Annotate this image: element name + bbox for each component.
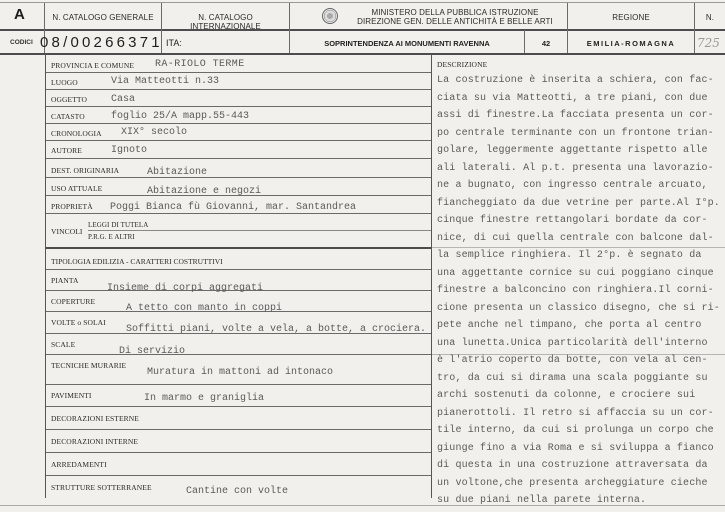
volte-solai-value: Soffitti piani, volte a vela, a botte, a…: [126, 324, 426, 335]
descrizione-line: nice, di cui quella centrale con balcone…: [437, 233, 714, 244]
tecniche-murarie-label: TECNICHE MURARIE: [51, 361, 126, 370]
uso-attuale-label: USO ATTUALE: [51, 184, 102, 193]
descrizione-line: tile interno, da cui si prolunga un corp…: [437, 425, 714, 436]
form-center-divider: [431, 54, 432, 498]
form-row-rule: [46, 72, 431, 73]
form-row-rule: [46, 89, 431, 90]
descrizione-line: giunge fino a via Roma e si sviluppa a f…: [437, 443, 714, 454]
oggetto-value: Casa: [111, 94, 135, 105]
descrizione-line: pete anche nel timpano, che porta al cen…: [437, 320, 702, 331]
proprieta-value: Poggi Bianca fù Giovanni, mar. Santandre…: [110, 202, 356, 213]
strutture-sotterranee-value: Cantine con volte: [186, 486, 288, 497]
catalogo-internazionale-header: N. CATALOGO INTERNAZIONALE: [162, 13, 289, 31]
pavimenti-value: In marmo e graniglia: [144, 393, 264, 404]
form-row-rule: [46, 269, 431, 270]
coperture-value: A tetto con manto in coppi: [126, 303, 282, 314]
codici-label: CODICI: [10, 39, 33, 46]
n-header: N.: [695, 13, 725, 22]
catasto-label: CATASTO: [51, 112, 85, 121]
descrizione-line: cinque finestre rettangolari bordate da …: [437, 215, 708, 226]
descrizione-line: assi di finestre.La facciata presenta un…: [437, 110, 714, 121]
descrizione-line: una lunetta.Unica particolarità dell'int…: [437, 338, 708, 349]
descrizione-line: su due piani nella parete interna.: [437, 495, 646, 506]
proprieta-label: PROPRIETÀ: [51, 202, 93, 211]
header-bottom-rule: [0, 53, 725, 55]
descrizione-line: finestre a balconcino con ringhiera.Il c…: [437, 285, 714, 296]
vincoli-label: VINCOLI: [51, 227, 83, 236]
descrizione-line: è l'atrio coperto da botte, con vela al …: [437, 355, 708, 366]
dest-originaria-label: DEST. ORIGINARIA: [51, 166, 119, 175]
form-row-rule: [46, 177, 431, 178]
luogo-value: Via Matteotti n.33: [111, 76, 219, 87]
form-row-rule: [46, 354, 431, 355]
catalogo-generale-header: N. CATALOGO GENERALE: [45, 13, 161, 22]
descrizione-line: La costruzione è inserita a schiera, con…: [437, 75, 714, 86]
form-row-rule: [46, 158, 431, 159]
descrizione-label: DESCRIZIONE: [437, 60, 487, 69]
form-row-rule-ext: [432, 247, 725, 248]
arredamenti-label: ARREDAMENTI: [51, 460, 107, 469]
header-divider-6: [694, 3, 695, 53]
descrizione-line: po centrale terminante con un frontone t…: [437, 128, 714, 139]
strutture-sotterranee-label: STRUTTURE SOTTERRANEE: [51, 483, 152, 492]
form-row-rule: [46, 106, 431, 107]
descrizione-line: ciata su via Matteotti, a tre piani, con…: [437, 93, 708, 104]
descrizione-line: cione presenta un classico disegno, che …: [437, 303, 720, 314]
catalogo-generale-number: 08/00266371: [40, 34, 163, 51]
handwritten-number: 725: [697, 36, 720, 50]
soprintendenza-name: SOPRINTENDENZA AI MONUMENTI RAVENNA: [290, 39, 524, 48]
decorazioni-interne-label: DECORAZIONI INTERNE: [51, 437, 138, 446]
autore-value: Ignoto: [111, 145, 147, 156]
descrizione-line: fiancheggiato da due vetrine per parte.A…: [437, 198, 720, 209]
descrizione-line: pianerottoli. Il retro si affaccia su un…: [437, 408, 714, 419]
descrizione-line: la semplice ringhiera. Il 2°p. è segnato…: [437, 250, 702, 261]
coperture-label: COPERTURE: [51, 297, 95, 306]
descrizione-line: una aggettante cornice su cui poggiano c…: [437, 268, 714, 279]
regione-header: REGIONE: [568, 13, 694, 22]
volte-solai-label: VOLTE o SOLAI: [51, 318, 106, 327]
form-left-border: [45, 54, 46, 498]
descrizione-line: ali laterali. Al p.t. presenta una lavor…: [437, 163, 714, 174]
form-row-rule: [46, 406, 431, 407]
header-top-rule: [0, 2, 725, 3]
catalogo-internazionale-value: ITA:: [166, 38, 182, 48]
form-row-rule: [46, 452, 431, 453]
scale-value: Di servizio: [119, 346, 185, 357]
catasto-value: foglio 25/A mapp.55-443: [111, 111, 249, 122]
vincoli-prg-altri: P.R.G. E ALTRI: [88, 233, 135, 241]
uso-attuale-value: Abitazione e negozi: [147, 186, 261, 197]
luogo-label: LUOGO: [51, 78, 78, 87]
dest-originaria-value: Abitazione: [147, 167, 207, 178]
ministry-line-1: MINISTERO DELLA PUBBLICA ISTRUZIONE: [345, 8, 565, 17]
pianta-label: PIANTA: [51, 276, 79, 285]
form-row-rule: [46, 384, 431, 385]
descrizione-line: golare, leggermente aggettante rispetto …: [437, 145, 708, 156]
form-row-rule: [46, 429, 431, 430]
form-row-rule: [46, 123, 431, 124]
vincoli-sub-rule: [88, 230, 431, 231]
pianta-value: Insieme di corpi aggregati: [107, 283, 263, 294]
soprintendenza-code: 42: [525, 39, 567, 48]
tecniche-murarie-value: Muratura in mattoni ad intonaco: [147, 367, 333, 378]
form-row-rule: [46, 213, 431, 214]
descrizione-line: ne a bugnato, con ingresso centrale arcu…: [437, 180, 708, 191]
scale-label: SCALE: [51, 340, 75, 349]
tipologia-section-title: TIPOLOGIA EDILIZIA - CARATTERI COSTRUTTI…: [51, 257, 223, 266]
descrizione-line: archi sostenuti da colonne, e crociere s…: [437, 390, 695, 401]
header-mid-rule: [0, 29, 725, 31]
italian-republic-emblem-icon: [322, 8, 338, 24]
section-letter: A: [14, 6, 25, 23]
oggetto-label: OGGETTO: [51, 95, 87, 104]
provincia-comune-value: RA-RIOLO TERME: [155, 59, 245, 70]
cronologia-label: CRONOLOGIA: [51, 129, 102, 138]
ministry-line-2: DIREZIONE GEN. DELLE ANTICHITÀ E BELLE A…: [345, 17, 565, 26]
cronologia-value: XIX° secolo: [121, 127, 187, 138]
decorazioni-esterne-label: DECORAZIONI ESTERNE: [51, 414, 139, 423]
form-row-rule: [46, 475, 431, 476]
pavimenti-label: PAVIMENTI: [51, 391, 92, 400]
autore-label: AUTORE: [51, 146, 82, 155]
form-row-rule: [46, 140, 431, 141]
form-row-rule: [46, 247, 431, 249]
descrizione-line: tro, da cui si dirama una scala poggiant…: [437, 373, 708, 384]
descrizione-line: di questa in una costruzione attraversat…: [437, 460, 708, 471]
descrizione-line: un voltone,che presenta archeggiature ci…: [437, 478, 708, 489]
vincoli-leggi-tutela: LEGGI DI TUTELA: [88, 221, 148, 229]
provincia-comune-label: PROVINCIA E COMUNE: [51, 61, 134, 70]
regione-value: EMILIA-ROMAGNA: [568, 39, 694, 48]
